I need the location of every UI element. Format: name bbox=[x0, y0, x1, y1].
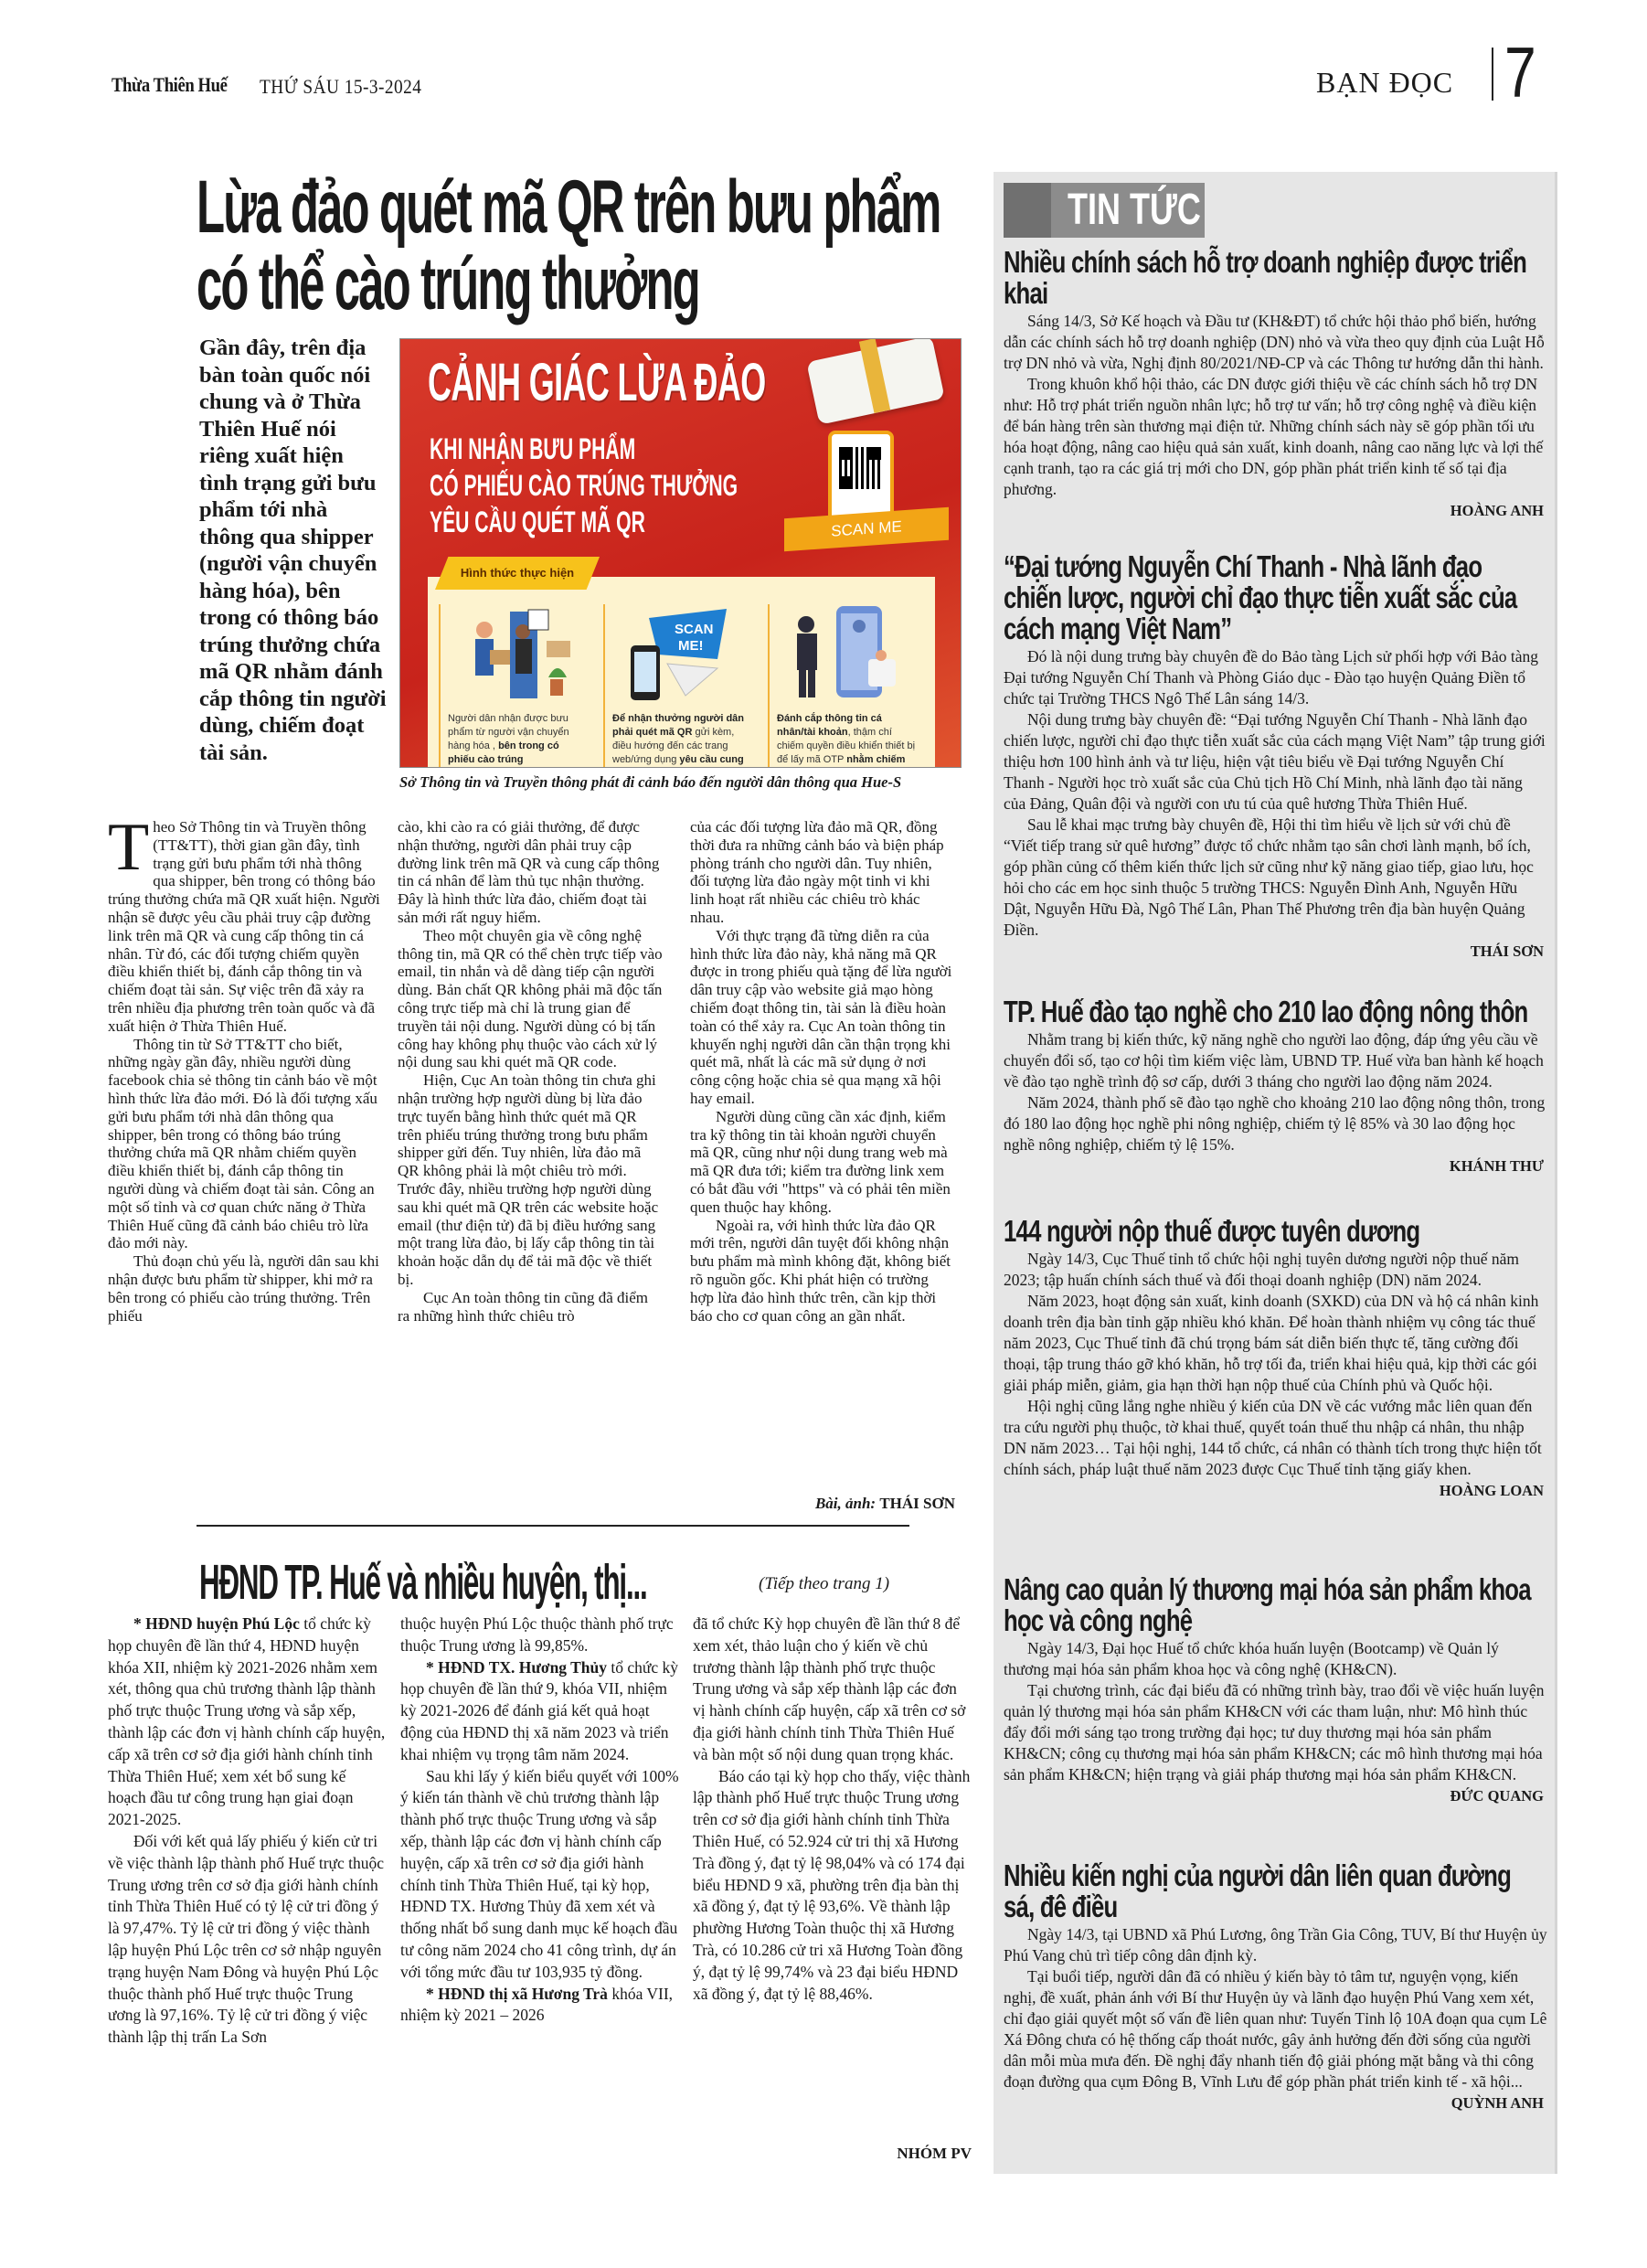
step-2-text: Để nhận thưởng người dân phải quét mã QR… bbox=[612, 712, 751, 768]
second-article-title: HĐND TP. Huế và nhiều huyện, thị... bbox=[199, 1554, 647, 1611]
news-title: Nâng cao quản lý thương mại hóa sản phẩm… bbox=[1004, 1574, 1546, 1636]
main-article-title: Lừa đảo quét mã QR trên bưu phẩm có thể … bbox=[197, 169, 1001, 323]
paragraph: Cục An toàn thông tin cũng đã điểm ra nh… bbox=[398, 1289, 663, 1326]
paragraph: Nhằm trang bị kiến thức, kỹ năng nghề ch… bbox=[1004, 1029, 1547, 1092]
paragraph: Với thực trạng đã từng diễn ra của hình … bbox=[690, 927, 955, 1108]
step-1-text: Người dân nhận được bưu phẩm từ người vậ… bbox=[448, 712, 587, 767]
news-author: HOÀNG LOAN bbox=[1004, 1482, 1547, 1500]
section-name: BẠN ĐỌC bbox=[1316, 66, 1453, 100]
paragraph: Sáng 14/3, Sở Kế hoạch và Đầu tư (KH&ĐT)… bbox=[1004, 311, 1547, 374]
infographic-sub-3: YÊU CẦU QUÉT MÃ QR bbox=[430, 506, 645, 539]
news-author: HOÀNG ANH bbox=[1004, 502, 1547, 520]
paragraph: * HĐND thị xã Hương Trà khóa VII, nhiệm … bbox=[400, 1984, 679, 2028]
paragraph: * HĐND huyện Phú Lộc tổ chức kỳ họp chuy… bbox=[108, 1613, 387, 1831]
paragraph: Năm 2024, thành phố sẽ đào tạo nghề cho … bbox=[1004, 1092, 1547, 1155]
svg-text:SCAN: SCAN bbox=[675, 622, 714, 637]
news-item: TP. Huế đào tạo nghề cho 210 lao động nô… bbox=[1004, 996, 1547, 1176]
paragraph: Ngày 14/3, tại UBND xã Phú Lương, ông Tr… bbox=[1004, 1924, 1547, 1966]
paragraph: thuộc huyện Phú Lộc thuộc thành phố trực… bbox=[400, 1613, 679, 1657]
sidebar-label: TIN TỨC bbox=[1068, 185, 1201, 235]
news-body: Sáng 14/3, Sở Kế hoạch và Đầu tư (KH&ĐT)… bbox=[1004, 311, 1547, 500]
main-title-line-1: Lừa đảo quét mã QR trên bưu phẩm bbox=[197, 169, 1001, 246]
paragraph: Sau lễ khai mạc trưng bày chuyên đề, Hội… bbox=[1004, 815, 1547, 941]
paragraph: Nội dung trưng bày chuyên đề: “Đại tướng… bbox=[1004, 709, 1547, 815]
article-lead: Gần đây, trên địa bàn toàn quốc nói chun… bbox=[199, 335, 387, 766]
paragraph: Hiện, Cục An toàn thông tin chưa ghi nhậ… bbox=[398, 1071, 663, 1289]
paragraph: Đó là nội dung trưng bày chuyên đề do Bả… bbox=[1004, 646, 1547, 709]
svg-text:ME!: ME! bbox=[678, 638, 704, 654]
paragraph: Sau khi lấy ý kiến biểu quyết với 100% ý… bbox=[400, 1766, 679, 1984]
qr-code-icon bbox=[839, 447, 881, 489]
paragraph: Thủ đoạn chủ yếu là, người dân sau khi n… bbox=[108, 1252, 382, 1325]
infographic-image: CẢNH GIÁC LỪA ĐẢO KHI NHẬN BƯU PHẨM CÓ P… bbox=[399, 338, 962, 768]
news-body: Nhằm trang bị kiến thức, kỹ năng nghề ch… bbox=[1004, 1029, 1547, 1155]
header-divider bbox=[1492, 48, 1493, 101]
scan-me-banner: SCAN ME bbox=[784, 507, 949, 552]
news-item: “Đại tướng Nguyễn Chí Thanh - Nhà lãnh đ… bbox=[1004, 551, 1547, 961]
news-title: TP. Huế đào tạo nghề cho 210 lao động nô… bbox=[1004, 996, 1546, 1028]
news-item: 144 người nộp thuế được tuyên dương Ngày… bbox=[1004, 1216, 1547, 1500]
main-article-byline: Bài, ảnh: THÁI SƠN bbox=[690, 1495, 955, 1513]
infographic-sub-2: CÓ PHIẾU CÀO TRÚNG THƯỞNG bbox=[430, 469, 738, 503]
news-title: 144 người nộp thuế được tuyên dương bbox=[1004, 1216, 1546, 1247]
paragraph: Ngoài ra, với hình thức lừa đảo QR mới t… bbox=[690, 1217, 955, 1326]
newspaper-name: Thừa Thiên Huế bbox=[112, 73, 228, 97]
paragraph: cào, khi cào ra có giải thưởng, để được … bbox=[398, 818, 663, 927]
news-body: Đó là nội dung trưng bày chuyên đề do Bả… bbox=[1004, 646, 1547, 941]
issue-date: THỨ SÁU 15-3-2024 bbox=[260, 75, 421, 99]
method-tag: Hình thức thực hiện bbox=[435, 557, 600, 590]
news-author: KHÁNH THƯ bbox=[1004, 1157, 1547, 1176]
paragraph: Hội nghị cũng lắng nghe nhiều ý kiến của… bbox=[1004, 1396, 1547, 1480]
infographic-step-3: Đánh cắp thông tin cá nhân/tài khoản, th… bbox=[768, 604, 919, 768]
second-article-column-3: đã tổ chức Kỳ họp chuyên đề lần thứ 8 để… bbox=[693, 1613, 972, 2005]
main-article-column-2: cào, khi cào ra có giải thưởng, để được … bbox=[398, 818, 663, 1325]
paragraph: Ngày 14/3, Cục Thuế tỉnh tổ chức hội ngh… bbox=[1004, 1249, 1547, 1291]
second-article-column-1: * HĐND huyện Phú Lộc tổ chức kỳ họp chuy… bbox=[108, 1613, 387, 2049]
second-article-byline: NHÓM PV bbox=[823, 2145, 972, 2163]
news-body: Ngày 14/3, Đại học Huế tổ chức khóa huấn… bbox=[1004, 1638, 1547, 1785]
paragraph: Người dùng cũng cần xác định, kiểm tra k… bbox=[690, 1108, 955, 1217]
paragraph: Tại buổi tiếp, người dân đã có nhiều ý k… bbox=[1004, 1966, 1547, 2092]
sidebar-label-accent bbox=[1004, 183, 1051, 238]
scan-me-phone-icon: SCAN ME! bbox=[622, 604, 740, 705]
news-author: QUỲNH ANH bbox=[1004, 2094, 1547, 2113]
paragraph: * HĐND TX. Hương Thủy tổ chức kỳ họp chu… bbox=[400, 1657, 679, 1766]
delivery-person-icon bbox=[457, 604, 576, 705]
paragraph: Báo cáo tại kỳ họp cho thấy, việc thành … bbox=[693, 1766, 972, 2006]
news-item: Nhiều kiến nghị của người dân liên quan … bbox=[1004, 1860, 1547, 2113]
paragraph: Theo Sở Thông tin và Truyền thông (TT&TT… bbox=[108, 818, 382, 1036]
news-author: ĐỨC QUANG bbox=[1004, 1787, 1547, 1805]
news-body: Ngày 14/3, tại UBND xã Phú Lương, ông Tr… bbox=[1004, 1924, 1547, 2092]
news-item: Nhiều chính sách hỗ trợ doanh nghiệp đượ… bbox=[1004, 247, 1547, 520]
news-title: Nhiều kiến nghị của người dân liên quan … bbox=[1004, 1860, 1546, 1922]
infographic-headline: CẢNH GIÁC LỪA ĐẢO bbox=[428, 352, 766, 413]
infographic-step-1: Người dân nhận được bưu phẩm từ người vậ… bbox=[439, 604, 590, 768]
paragraph: Theo một chuyên gia về công nghệ thông t… bbox=[398, 927, 663, 1071]
page-number: 7 bbox=[1504, 37, 1536, 108]
news-author: THÁI SƠN bbox=[1004, 942, 1547, 961]
news-title: Nhiều chính sách hỗ trợ doanh nghiệp đượ… bbox=[1004, 247, 1546, 309]
section-divider bbox=[197, 1525, 909, 1527]
news-body: Ngày 14/3, Cục Thuế tỉnh tổ chức hội ngh… bbox=[1004, 1249, 1547, 1480]
news-item: Nâng cao quản lý thương mại hóa sản phẩm… bbox=[1004, 1574, 1547, 1805]
infographic-step-2: SCAN ME! Để nhận thưởng người dân phải q… bbox=[603, 604, 754, 768]
infographic-sub-1: KHI NHẬN BƯU PHẨM bbox=[430, 432, 635, 466]
main-article-column-1: Theo Sở Thông tin và Truyền thông (TT&TT… bbox=[108, 818, 382, 1325]
step-3-text: Đánh cắp thông tin cá nhân/tài khoản, th… bbox=[777, 712, 916, 768]
paragraph: Ngày 14/3, Đại học Huế tổ chức khóa huấn… bbox=[1004, 1638, 1547, 1680]
paragraph: Tại chương trình, các đại biểu đã có nhữ… bbox=[1004, 1680, 1547, 1785]
continued-note: (Tiếp theo trang 1) bbox=[759, 1574, 889, 1594]
news-title: “Đại tướng Nguyễn Chí Thanh - Nhà lãnh đ… bbox=[1004, 551, 1546, 644]
drop-cap: T bbox=[108, 820, 153, 875]
paragraph: Năm 2023, hoạt động sản xuất, kinh doanh… bbox=[1004, 1291, 1547, 1396]
main-article-column-3: của các đối tượng lừa đảo mã QR, đồng th… bbox=[690, 818, 955, 1325]
paragraph: của các đối tượng lừa đảo mã QR, đồng th… bbox=[690, 818, 955, 927]
second-article-column-2: thuộc huyện Phú Lộc thuộc thành phố trực… bbox=[400, 1613, 679, 2027]
main-title-line-2: có thể cào trúng thưởng bbox=[197, 246, 1001, 323]
paragraph: Thông tin từ Sở TT&TT cho biết, những ng… bbox=[108, 1036, 382, 1253]
infographic-caption: Sở Thông tin và Truyền thông phát đi cản… bbox=[399, 772, 962, 792]
paragraph: Trong khuôn khổ hội thảo, các DN được gi… bbox=[1004, 374, 1547, 500]
hacker-icon bbox=[786, 604, 905, 705]
paragraph: đã tổ chức Kỳ họp chuyên đề lần thứ 8 để… bbox=[693, 1613, 972, 1766]
paragraph: Đối với kết quả lấy phiếu ý kiến cử tri … bbox=[108, 1831, 387, 2049]
